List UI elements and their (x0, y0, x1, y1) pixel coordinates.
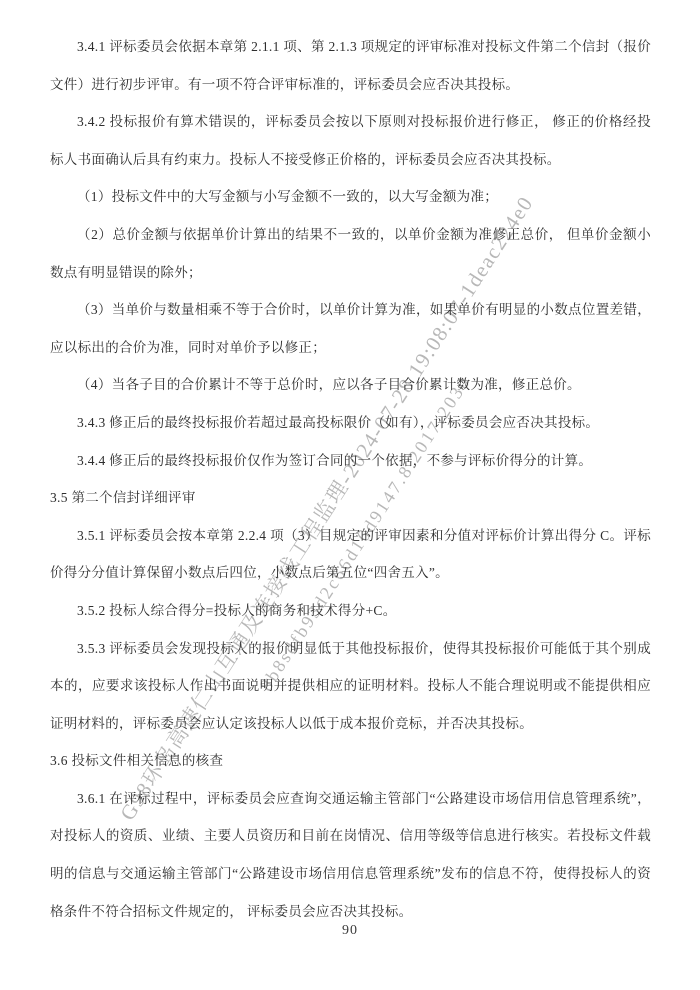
list-item-1: （1）投标文件中的大写金额与小写金额不一致的，以大写金额为准； (50, 178, 651, 216)
list-item-2: （2）总价金额与依据单价计算出的结果不一致的，以单价金额为准修正总价， 但单价金… (50, 216, 651, 291)
paragraph-3-5-2: 3.5.2 投标人综合得分=投标人的商务和技术得分+C。 (50, 592, 651, 630)
section-heading-3-5: 3.5 第二个信封详细评审 (50, 479, 651, 517)
paragraph-3-4-1: 3.4.1 评标委员会依据本章第 2.1.1 项、第 2.1.3 项规定的评审标… (50, 28, 651, 103)
paragraph-3-4-3: 3.4.3 修正后的最终投标报价若超过最高投标限价（如有），评标委员会应否决其投… (50, 404, 651, 442)
paragraph-3-5-1: 3.5.1 评标委员会按本章第 2.2.4 项（3）目规定的评审因素和分值对评标… (50, 517, 651, 592)
paragraph-3-6-1: 3.6.1 在评标过程中，评标委员会应查询交通运输主管部门“公路建设市场信用信息… (50, 780, 651, 930)
list-item-4: （4）当各子目的合价累计不等于总价时，应以各子目合价累计数为准，修正总价。 (50, 366, 651, 404)
page-number: 90 (0, 923, 700, 939)
document-body: 3.4.1 评标委员会依据本章第 2.1.1 项、第 2.1.3 项规定的评审标… (50, 28, 651, 930)
document-page: G98环岛高速仁山互通及连接线工程监理-2024-07-28 19:08:07-… (0, 0, 700, 990)
paragraph-3-4-2: 3.4.2 投标报价有算术错误的，评标委员会按以下原则对投标报价进行修正， 修正… (50, 103, 651, 178)
paragraph-3-4-4: 3.4.4 修正后的最终投标报价仅作为签订合同的一个依据，不参与评标价得分的计算… (50, 442, 651, 480)
section-heading-3-6: 3.6 投标文件相关信息的核查 (50, 742, 651, 780)
paragraph-3-5-3: 3.5.3 评标委员会发现投标人的报价明显低于其他投标报价，使得其投标报价可能低… (50, 630, 651, 743)
list-item-3: （3）当单价与数量相乘不等于合价时，以单价计算为准，如果单价有明显的小数点位置差… (50, 291, 651, 366)
